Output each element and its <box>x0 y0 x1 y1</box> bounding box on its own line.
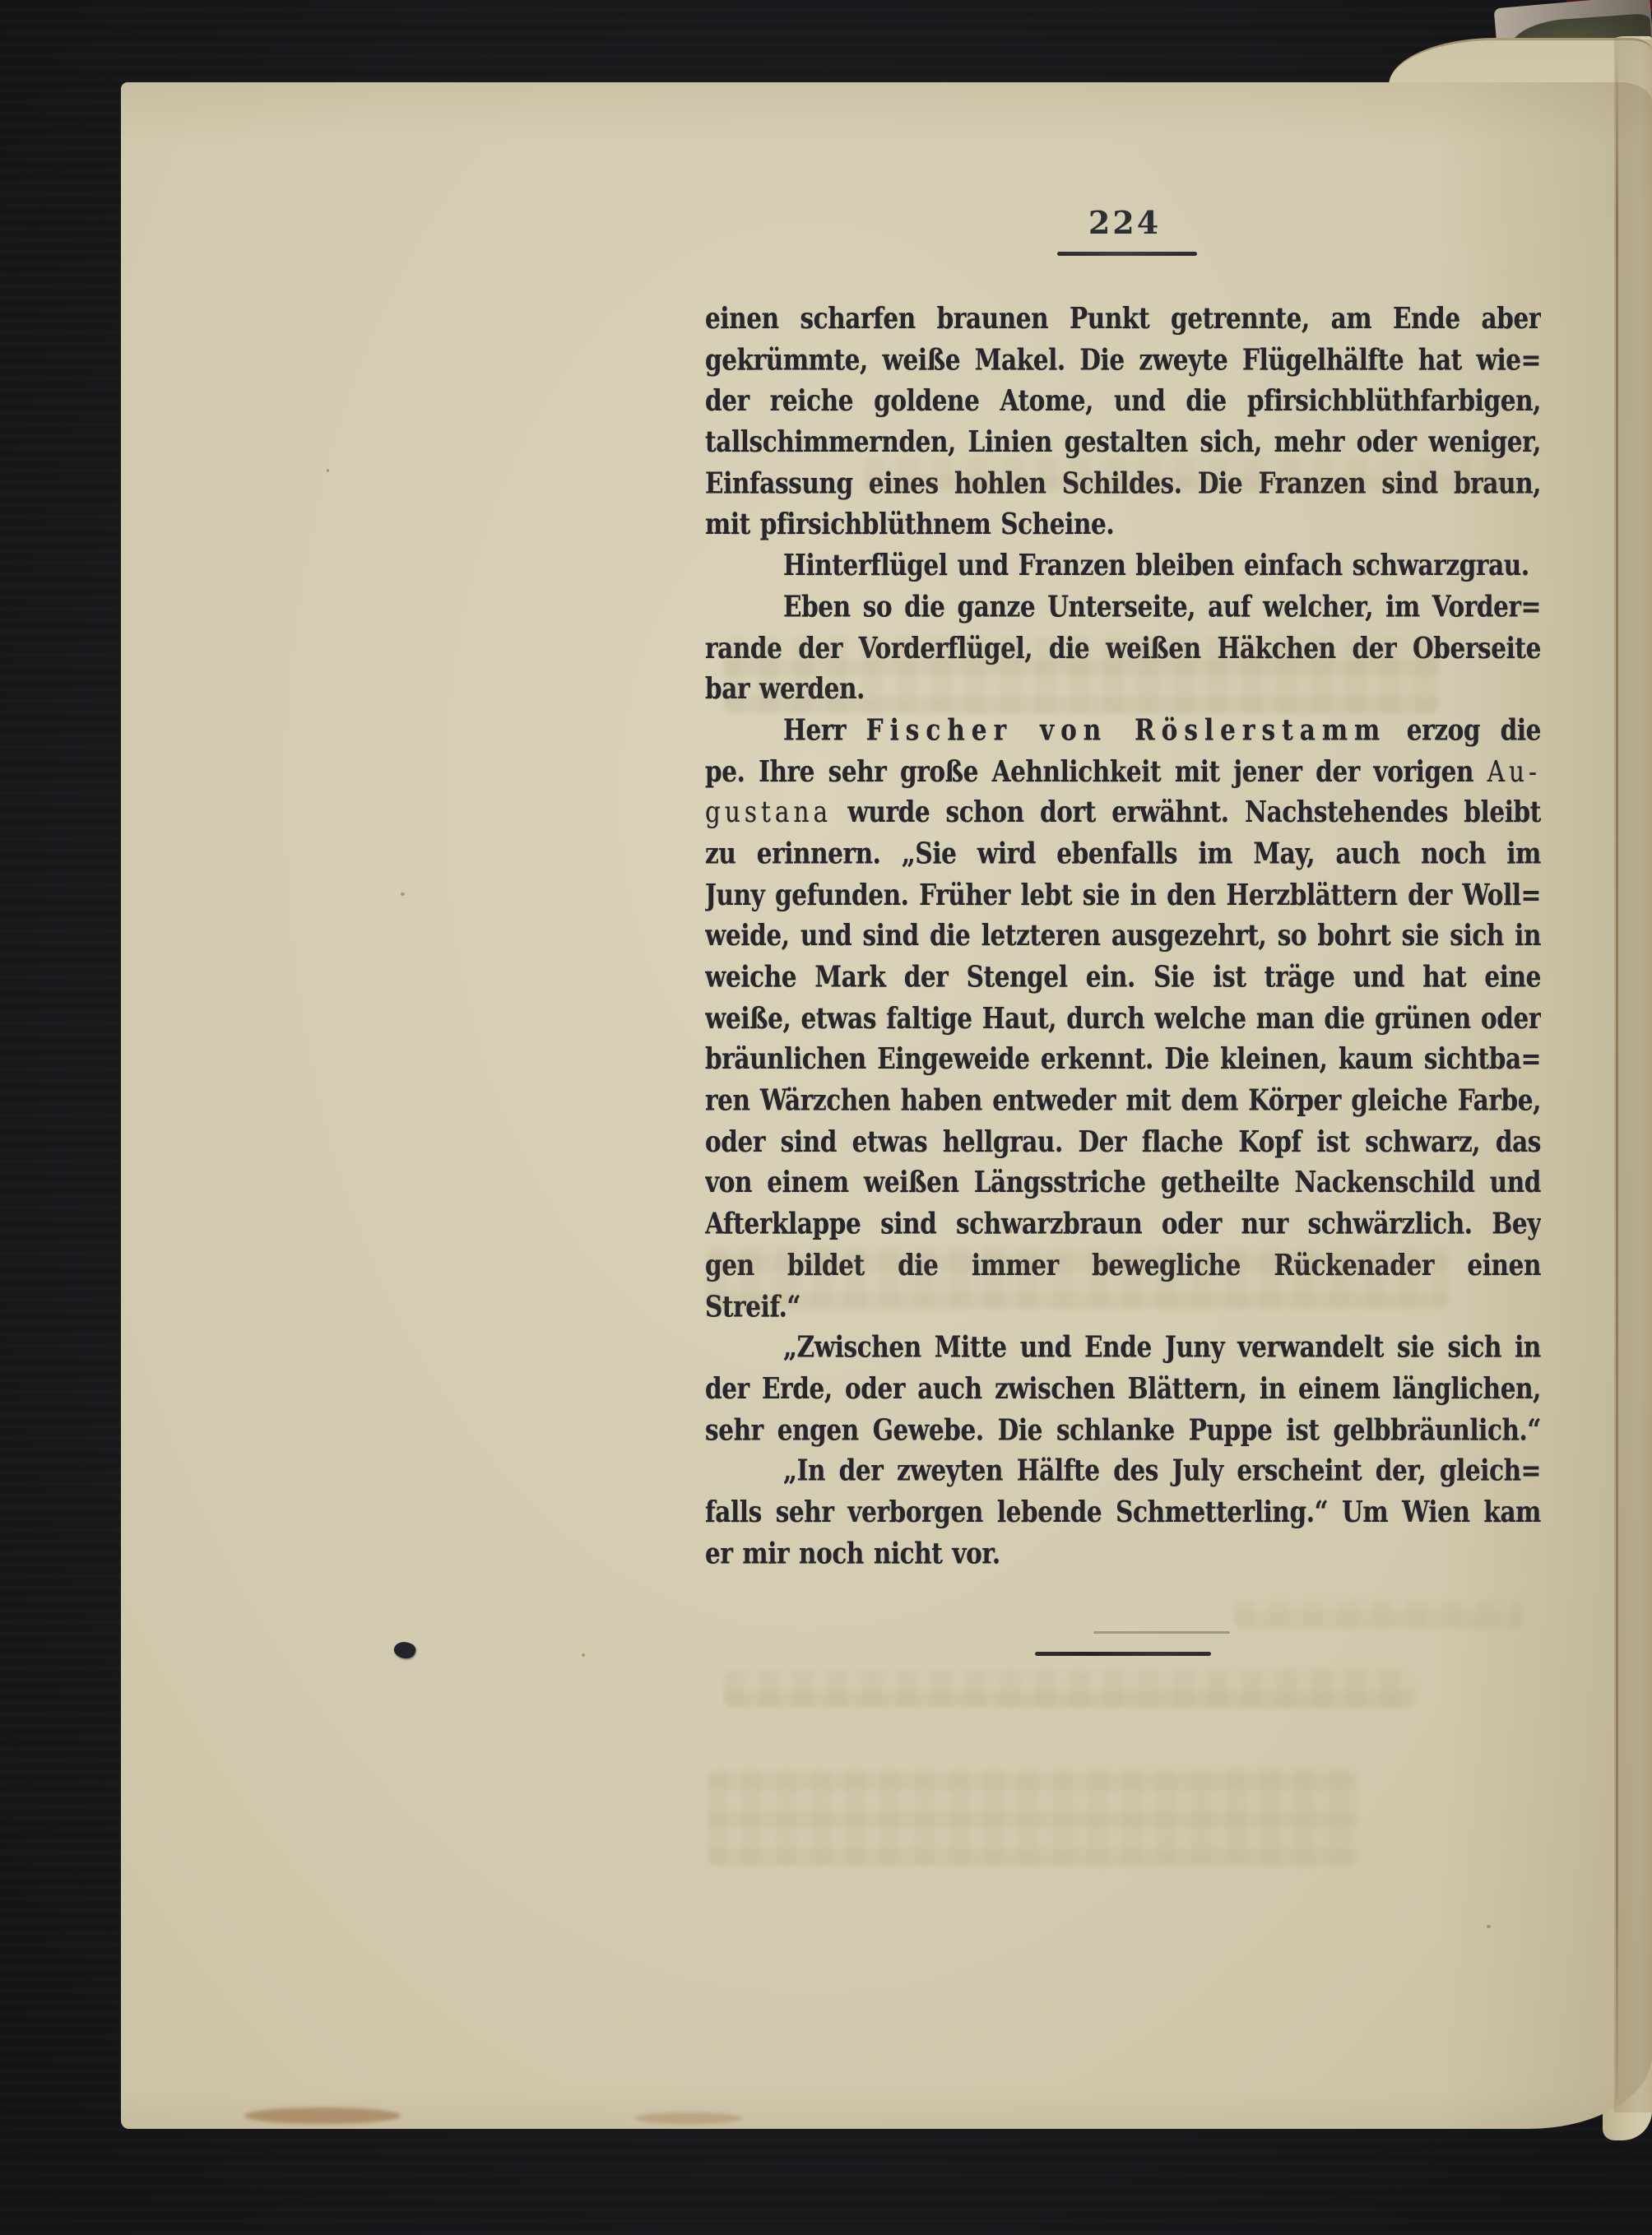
book-page: 224 einen scharfen braunen Punkt getrenn… <box>121 82 1652 2129</box>
page-number: 224 <box>1079 204 1170 241</box>
ink-blot <box>392 1639 418 1661</box>
text-line: falls sehr verborgen lebende Schmetterli… <box>705 1491 1541 1533</box>
text-line: weiche Mark der Stengel ein. Sie ist trä… <box>705 956 1541 997</box>
text-line: „Zwischen Mitte und Ende Juny verwandelt… <box>705 1327 1541 1368</box>
text-line: er mir noch nicht vor. <box>705 1533 1541 1574</box>
letterspaced-name: Au- <box>1487 754 1541 788</box>
paper-speck <box>582 1653 585 1657</box>
text-line: von einem weißen Längsstriche getheilte … <box>705 1162 1541 1203</box>
text-line: oder sind etwas hellgrau. Der flache Kop… <box>705 1121 1541 1162</box>
text-line: „In der zweyten Hälfte des July erschein… <box>705 1450 1541 1491</box>
text-line: gustana wurde schon dort erwähnt. Nachst… <box>705 791 1541 832</box>
paper-speck <box>327 469 329 472</box>
text-line: weide, und sind die letzteren ausgezehrt… <box>705 915 1541 956</box>
text-line: sehr engen Gewebe. Die schlanke Puppe is… <box>705 1409 1541 1450</box>
text-segment: pe. Ihre sehr große Aehnlichkeit mit jen… <box>705 754 1487 788</box>
text-line: einen scharfen braunen Punkt getrennte, … <box>705 298 1541 339</box>
text-line: gekrümmte, weiße Makel. Die zweyte Flüge… <box>705 339 1541 380</box>
paper-speck <box>1487 1925 1491 1928</box>
text-line: Herr Fischer von Röslerstamm erzog die R… <box>705 709 1541 750</box>
show-through-smudge <box>1234 1600 1522 1628</box>
page-number-underline <box>1057 252 1197 256</box>
show-through-smudge <box>724 638 1440 713</box>
show-through-smudge <box>708 1769 1357 1866</box>
text-line: pe. Ihre sehr große Aehnlichkeit mit jen… <box>705 750 1541 791</box>
text-segment: wurde schon dort erwähnt. Nachstehendes … <box>832 795 1541 829</box>
text-line: Juny gefunden. Früher lebt sie in den He… <box>705 874 1541 915</box>
letterspaced-name: Fischer von Röslerstamm <box>866 712 1387 747</box>
paper-speck <box>1009 1230 1012 1233</box>
scanned-book-photo: 224 einen scharfen braunen Punkt getrenn… <box>0 0 1652 2235</box>
show-through-smudge <box>708 1246 1448 1309</box>
section-divider-rule <box>1035 1652 1211 1656</box>
text-line: mit pfirsichblüthnem Scheine. <box>705 503 1541 545</box>
paper-stain <box>244 2107 401 2124</box>
text-line: der reiche goldene Atome, und die pfirsi… <box>705 380 1541 421</box>
section-divider-showthrough <box>1093 1631 1230 1634</box>
text-line: bräunlichen Eingeweide erkennt. Die klei… <box>705 1038 1541 1079</box>
text-line: weiße, etwas faltige Haut, durch welche … <box>705 997 1541 1038</box>
paper-stain <box>635 2112 742 2124</box>
text-line: Hinterflügel und Franzen bleiben einfach… <box>705 545 1541 586</box>
text-line: Eben so die ganze Unterseite, auf welche… <box>705 586 1541 627</box>
text-line: ren Wärzchen haben entweder mit dem Körp… <box>705 1079 1541 1120</box>
text-line: der Erde, oder auch zwischen Blättern, i… <box>705 1368 1541 1409</box>
letterspaced-name: gustana <box>705 795 832 829</box>
show-through-smudge <box>864 457 1522 491</box>
text-line: zu erinnern. „Sie wird ebenfalls im May,… <box>705 832 1541 874</box>
text-line: Afterklappe sind schwarzbraun oder nur s… <box>705 1203 1541 1245</box>
show-through-smudge <box>724 1670 1415 1708</box>
text-segment: Herr <box>783 712 866 747</box>
paper-speck <box>401 893 405 896</box>
paper-speck <box>1363 572 1367 575</box>
